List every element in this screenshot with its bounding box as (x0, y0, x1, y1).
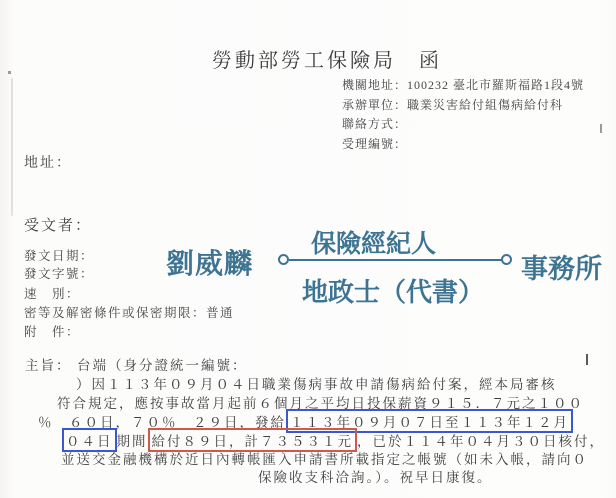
subject-line-5-suffix: ，已於１１４年０４月３０日核付， (357, 434, 605, 449)
security-field-label: 密等及解密條件或保密期限：普通 (24, 303, 234, 321)
issue-date-field-label: 發文日期： (24, 246, 94, 264)
annotation-role-top: 保險經紀人 (311, 224, 436, 260)
connector-line (289, 259, 502, 262)
subject-line-2: ）因１１３年０９月０４日職業傷病事故申請傷病給付案，經本局審核 (76, 373, 557, 393)
case-number: 受理編號： (342, 135, 584, 155)
annotation-office-label: 事務所 (521, 247, 602, 286)
subject-line-5-mid: 期間 (117, 434, 148, 449)
connector-dot-right-icon (501, 254, 512, 265)
subject-line-6: 並送交金融機構於近日內轉帳匯入申請書所載指定之帳號（如未入帳，請向０ (61, 448, 588, 468)
priority-field-label: 速 別： (24, 284, 80, 302)
annotation-person-name: 劉威麟 (166, 242, 253, 282)
redaction-bar-artifact (586, 354, 588, 365)
scanned-letter-page: 勞動部勞工保險局 函 機關地址：100232 臺北市羅斯福路1段4號 承辦單位：… (0, 0, 616, 498)
document-title: 勞動部勞工保險局 函 (212, 44, 442, 73)
subject-line-7: 保險收支科洽詢。）。祝早日康復。 (258, 466, 493, 486)
contact-method: 聯絡方式： (342, 115, 584, 135)
recipient-field-label: 受文者： (24, 214, 92, 235)
annotation-role-bottom: 地政士（代書） (302, 272, 484, 309)
scan-streak-artifact (11, 78, 13, 216)
scan-mark-artifact (600, 124, 602, 133)
scan-speck-artifact (8, 71, 11, 74)
handling-unit: 承辦單位：職業災害給付組傷病給付科 (342, 96, 584, 116)
attachment-field-label: 附 件： (24, 322, 80, 340)
address-field-label: 地址： (24, 152, 72, 172)
subject-line-5: ０４日期間給付８９日，計７３５３１元，已於１１４年０４月３０日核付， (62, 430, 605, 450)
subject-label: 主旨： (25, 354, 72, 374)
subject-line-1: 台端（身分證統一編號： (77, 354, 248, 374)
agency-address: 機關地址：100232 臺北市羅斯福路1段4號 (342, 76, 584, 96)
header-info-block: 機關地址：100232 臺北市羅斯福路1段4號 承辦單位：職業災害給付組傷病給付… (342, 76, 584, 154)
connector-dot-left-icon (278, 254, 289, 265)
issue-number-field-label: 發文字號： (24, 264, 94, 282)
